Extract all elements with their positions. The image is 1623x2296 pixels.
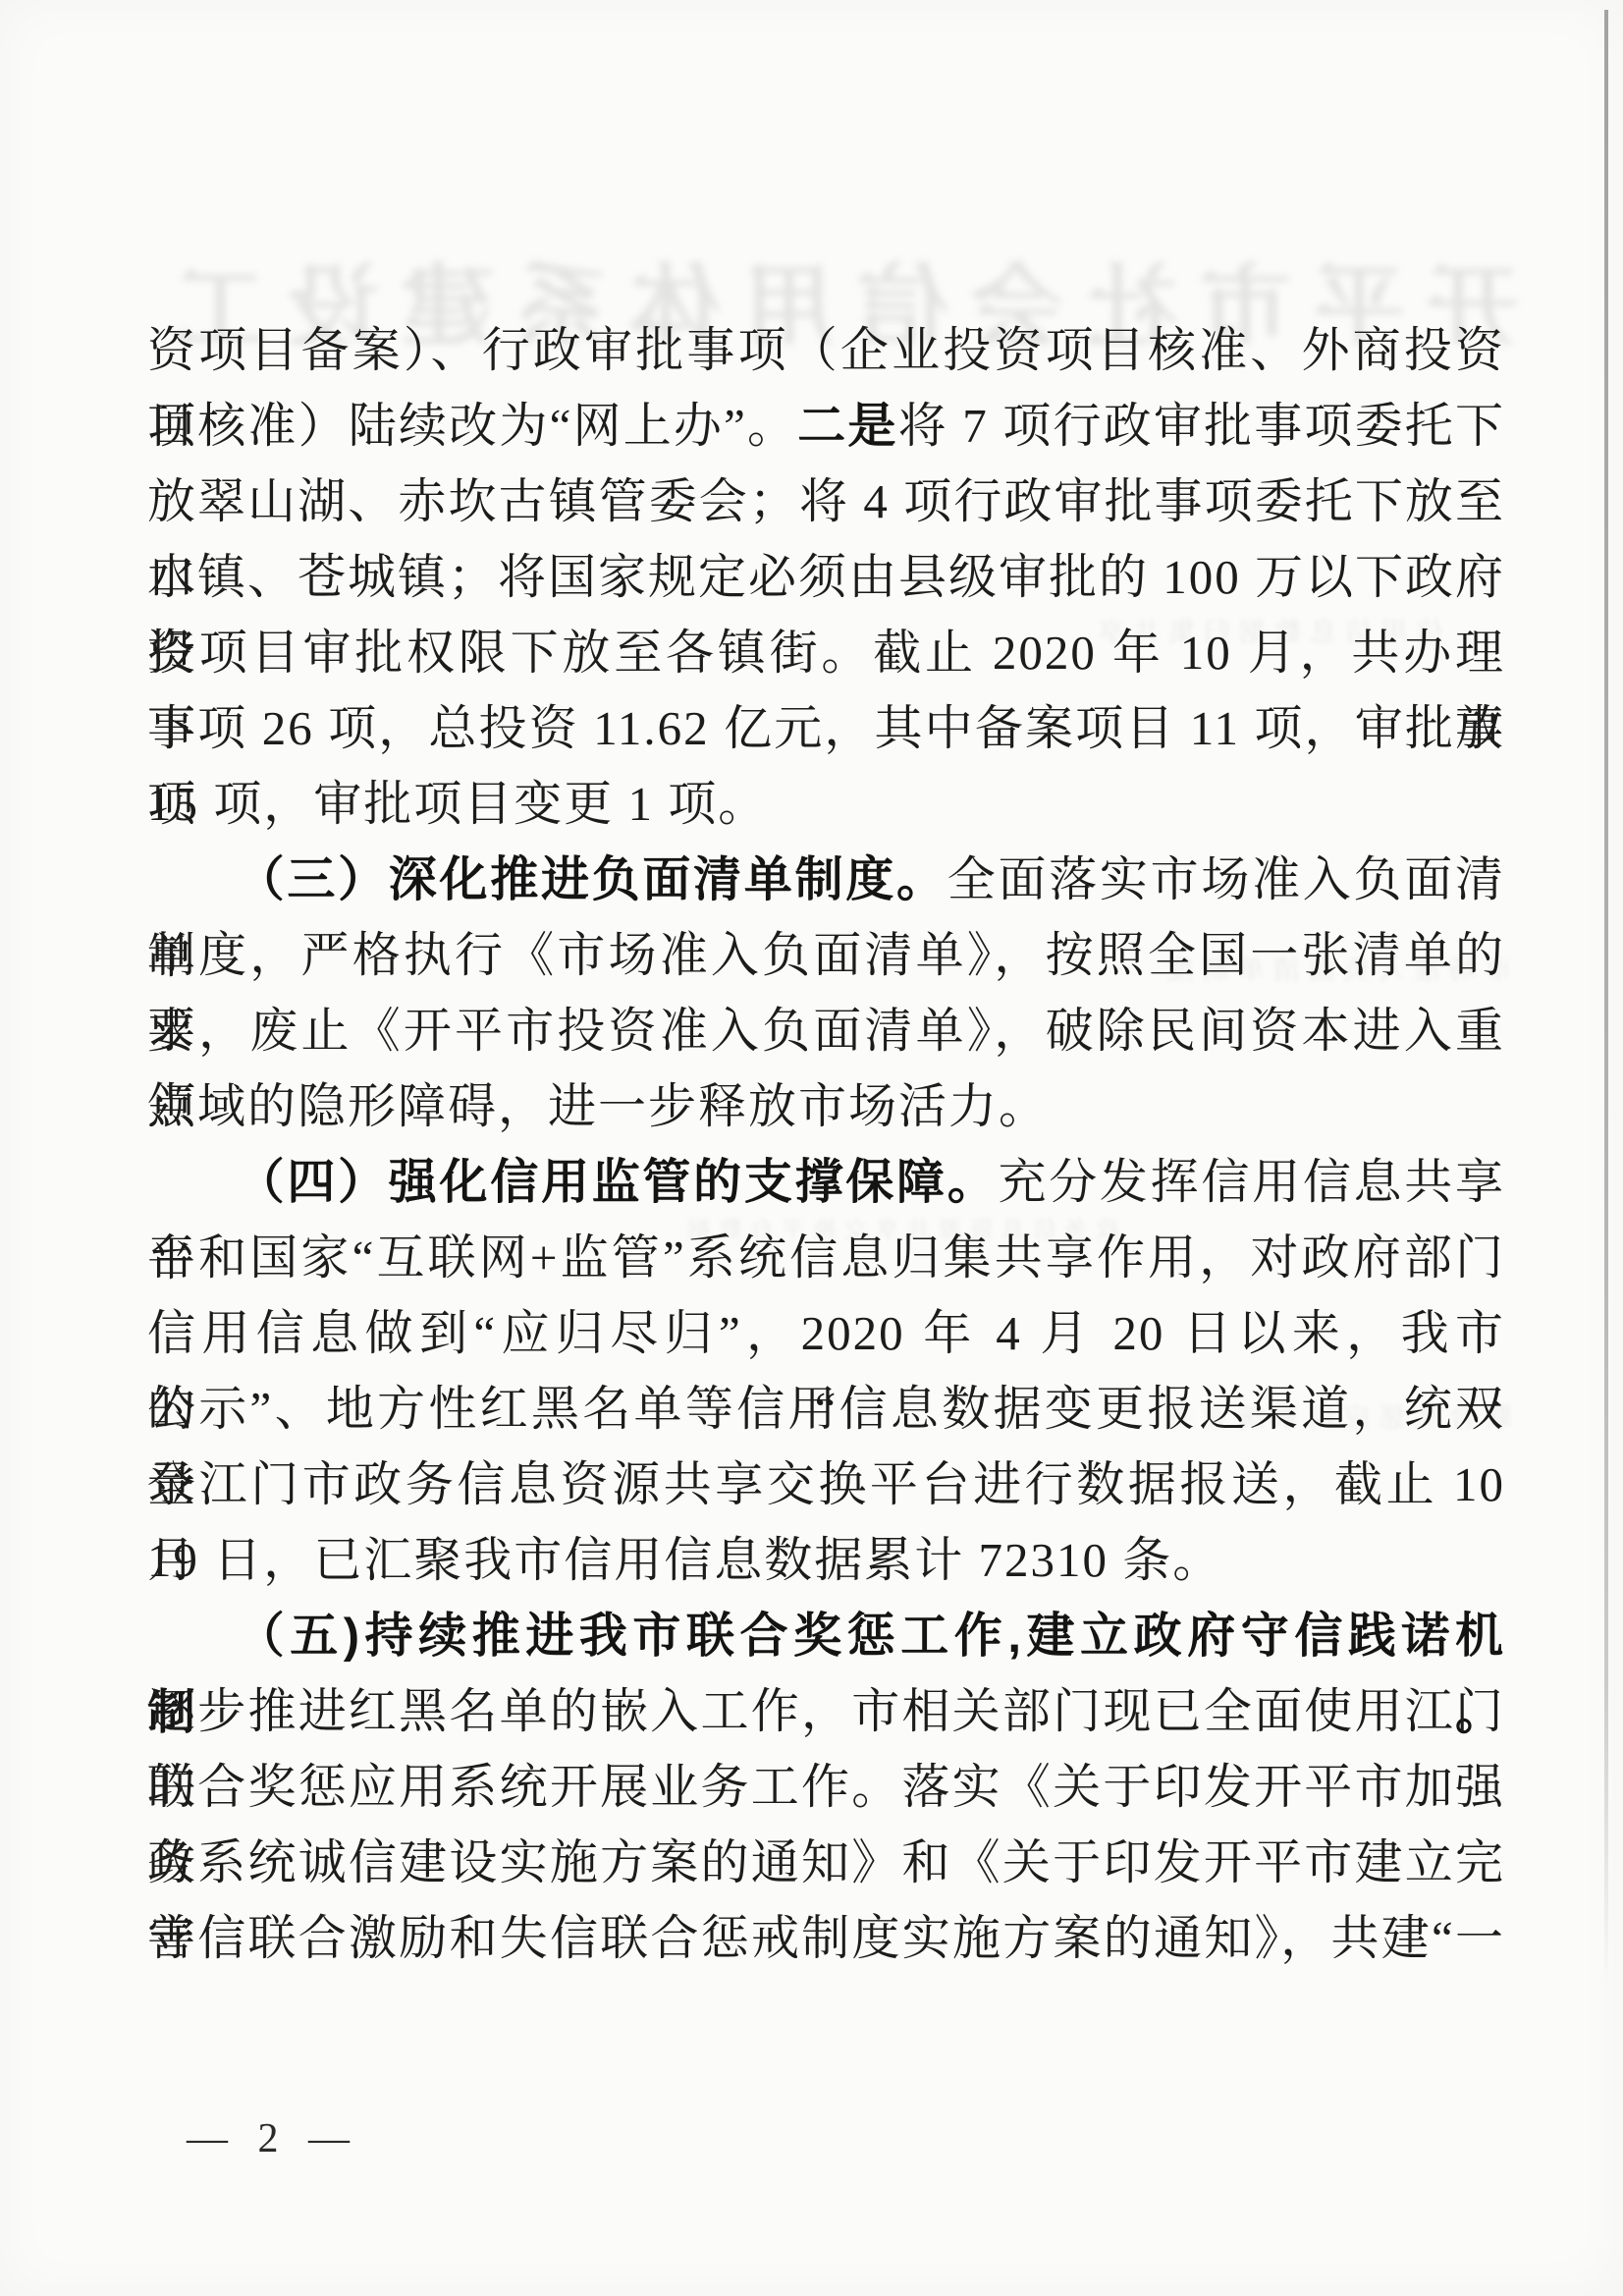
text-line: 放翠山湖、赤坎古镇管委会；将 4 项行政审批事项委托下放至水 bbox=[147, 464, 1505, 539]
text-line: （四）强化信用监管的支撑保障。充分发挥信用信息共享平 bbox=[147, 1144, 1505, 1220]
body-text: 领域的隐形障碍，进一步释放市场活力。 bbox=[147, 1079, 1049, 1133]
page-number: — 2 — bbox=[187, 2115, 359, 2162]
text-line: 务系统诚信建设实施方案的通知》和《关于印发开平市建立完善 bbox=[147, 1825, 1505, 1900]
emphasis-text: （三）深化推进负面清单制度。 bbox=[237, 853, 947, 906]
text-line: 台和国家“互联网+监管”系统信息归集共享作用，对政府部门 bbox=[147, 1220, 1505, 1295]
body-text: 守信联合激励和失信联合惩戒制度实施方案的通知》，共建“一 bbox=[147, 1911, 1505, 1965]
text-line: 资项目审批权限下放至各镇街。截止 2020 年 10 月，共办理下放 bbox=[147, 615, 1505, 690]
text-line: 事项 26 项，总投资 11.62 亿元，其中备案项目 11 项，审批事项 bbox=[147, 690, 1505, 766]
text-line: 目核准）陆续改为“网上办”。二是将 7 项行政审批事项委托下 bbox=[147, 388, 1505, 464]
text-line: （三）深化推进负面清单制度。全面落实市场准入负面清单 bbox=[147, 842, 1505, 917]
body-text: 19 日，已汇聚我市信用信息数据累计 72310 条。 bbox=[147, 1533, 1222, 1587]
body-text: 15 项，审批项目变更 1 项。 bbox=[147, 777, 768, 831]
text-line: 领域的隐形障碍，进一步释放市场活力。 bbox=[147, 1068, 1505, 1144]
text-line: 守信联合激励和失信联合惩戒制度实施方案的通知》，共建“一 bbox=[147, 1900, 1505, 1976]
text-line: 口镇、苍城镇；将国家规定必须由县级审批的 100 万以下政府投 bbox=[147, 539, 1505, 615]
text-line: 15 项，审批项目变更 1 项。 bbox=[147, 766, 1505, 842]
emphasis-text: 二是 bbox=[797, 400, 897, 453]
body-text: 台和国家“互联网+监管”系统信息归集共享作用，对政府部门 bbox=[147, 1230, 1505, 1285]
body-text: 将 7 项行政审批事项委托下 bbox=[898, 399, 1505, 453]
text-line: 制度，严格执行《市场准入负面清单》，按照全国一张清单的要 bbox=[147, 917, 1505, 993]
document-page: 开平市社会信用体系建设工作情况报告 信用信息数据归集共享市场准入负面清单制度政务… bbox=[0, 0, 1623, 2296]
text-line: 录江门市政务信息资源共享交换平台进行数据报送，截止 10 月 bbox=[147, 1447, 1505, 1522]
text-line: 公示”、地方性红黑名单等信用信息数据变更报送渠道，统一登 bbox=[147, 1371, 1505, 1447]
scan-edge-line bbox=[1604, 10, 1608, 1984]
text-line: 求，废止《开平市投资准入负面清单》，破除民间资本进入重点 bbox=[147, 993, 1505, 1068]
emphasis-text: （四）强化信用监管的支撑保障。 bbox=[237, 1156, 999, 1209]
text-line: 信用信息做到“应归尽归”，2020 年 4 月 20 日以来，我市的“双 bbox=[147, 1295, 1505, 1371]
text-line: 19 日，已汇聚我市信用信息数据累计 72310 条。 bbox=[147, 1522, 1505, 1598]
text-line: 联合奖惩应用系统开展业务工作。落实《关于印发开平市加强政 bbox=[147, 1749, 1505, 1825]
text-line: 资项目备案）、行政审批事项（企业投资项目核准、外商投资项 bbox=[147, 312, 1505, 388]
text-line: （五)持续推进我市联合奖惩工作,建立政府守信践诺机制。 bbox=[147, 1598, 1505, 1673]
text-line: 逐步推进红黑名单的嵌入工作，市相关部门现已全面使用江门的 bbox=[147, 1673, 1505, 1749]
body-text: 目核准）陆续改为“网上办”。 bbox=[147, 399, 797, 453]
document-body: 资项目备案）、行政审批事项（企业投资项目核准、外商投资项目核准）陆续改为“网上办… bbox=[147, 312, 1505, 1976]
